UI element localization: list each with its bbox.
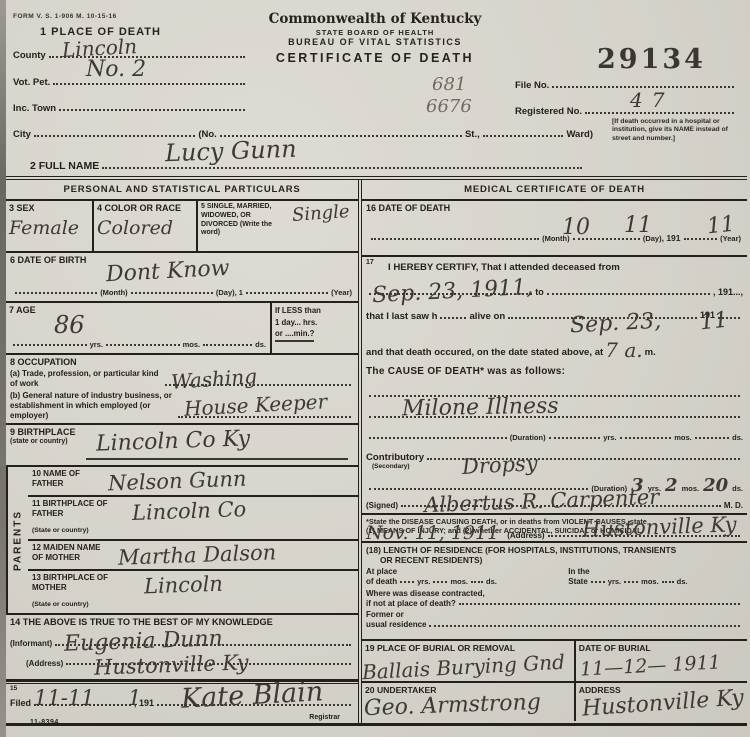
- date-of-birth-row: 6 DATE OF BIRTH Dont Know (Month) (Day) …: [6, 253, 358, 303]
- sex-value-handwritten: Female: [9, 217, 89, 239]
- inc-town-line: Inc. Town: [13, 103, 248, 114]
- print-code: 11-8394: [30, 719, 59, 726]
- duration1-yrs: yrs.: [603, 433, 616, 442]
- voting-precinct-value-handwritten: No. 2: [86, 57, 146, 82]
- pencil-number-2: 6676: [426, 96, 472, 117]
- inc-town-label: Inc. Town: [13, 103, 56, 114]
- medical-column-heading: MEDICAL CERTIFICATE OF DEATH: [362, 180, 747, 201]
- burial-date-cell: DATE OF BURIAL 11—12— 1911: [574, 641, 747, 681]
- certify-to-year: , 191...,: [713, 287, 743, 298]
- contributory-label: Contributory: [366, 452, 424, 463]
- mother-maiden-handwritten: Martha Dalson: [118, 540, 277, 570]
- age-yrs-label: yrs.: [90, 340, 103, 349]
- state-ds: ds.: [677, 577, 688, 586]
- father-birthplace-handwritten: Lincoln Co: [132, 497, 247, 525]
- marital-cell: 5 SINGLE, MARRIED, WIDOWED, OR DIVORCED …: [196, 201, 358, 251]
- registered-no-label: Registered No.: [515, 106, 582, 117]
- dod-month-handwritten: 10: [562, 215, 590, 240]
- duration1-mos: mos.: [674, 433, 692, 442]
- certify-from-handwritten: Sep. 23, 1911,: [371, 275, 533, 308]
- certify-last-seen-line: that I last saw h alive on 191: [366, 310, 743, 321]
- hospital-note: [If death occurred in a hospital or inst…: [612, 118, 744, 143]
- race-cell: 4 COLOR OR RACE Colored: [92, 201, 196, 251]
- date-of-death-row: 16 DATE OF DEATH (Month) (Day) , 191 (Ye…: [362, 201, 747, 257]
- signed-label: (Signed): [366, 501, 398, 511]
- filed-number: 15: [10, 685, 17, 692]
- less-than-one-day-cell: If LESS than 1 day... hrs. or ....min.?: [270, 303, 358, 353]
- sex-race-marital-row: 3 SEX Female 4 COLOR OR RACE Colored 5 S…: [6, 201, 358, 253]
- informant-header: 14 THE ABOVE IS TRUE TO THE BEST OF MY K…: [10, 617, 354, 627]
- bureau-title: BUREAU OF VITAL STATISTICS: [255, 37, 495, 48]
- age-cell: 7 AGE 86 yrs. mos. ds.: [6, 303, 270, 353]
- certify-to-label: to: [535, 287, 544, 298]
- certify-line1: I HEREBY CERTIFY, That I attended deceas…: [388, 262, 743, 273]
- commonwealth-title: Commonwealth of Kentucky: [255, 11, 495, 28]
- filed-row: 15 Filed , 191 11-11 1 Kate Blain Regist…: [6, 681, 358, 723]
- filed-label: Filed: [10, 698, 31, 709]
- death-time-suffix: m.: [645, 347, 656, 358]
- father-name-label: 10 NAME OF FATHER: [32, 469, 94, 489]
- contributory-handwritten: Dropsy: [461, 451, 538, 479]
- residence-title-2: OR RECENT RESIDENTS): [380, 555, 743, 565]
- mother-birthplace-label: 13 BIRTHPLACE OF MOTHER: [32, 573, 124, 593]
- father-birthplace-row: 11 BIRTHPLACE OF FATHER (State or countr…: [28, 497, 358, 541]
- duration-label-1: (Duration): [510, 433, 546, 442]
- cause-of-death-handwritten: Milone Illness: [402, 394, 559, 422]
- less-line-1: If LESS than: [275, 305, 355, 317]
- death-certificate-scan: FORM V. S. 1-906 M. 10-15-16 1 PLACE OF …: [0, 0, 750, 737]
- birthplace-handwritten: Lincoln Co Ky: [96, 426, 251, 456]
- occupation-row: 8 OCCUPATION (a) Trade, profession, or p…: [6, 355, 358, 425]
- state-header: Commonwealth of Kentucky STATE BOARD OF …: [255, 11, 495, 66]
- cause-of-death-label: The CAUSE OF DEATH* was as follows:: [366, 366, 743, 377]
- undertaker-cell: 20 UNDERTAKER Geo. Armstrong: [362, 683, 574, 721]
- residence-row: (18) LENGTH OF RESIDENCE (FOR HOSPITALS,…: [362, 543, 747, 641]
- mother-maiden-row: 12 MAIDEN NAME OF MOTHER Martha Dalson: [28, 541, 358, 571]
- age-mos-label: mos.: [183, 340, 201, 349]
- parents-block: PARENTS 10 NAME OF FATHER Nelson Gunn 11…: [6, 467, 358, 615]
- board-title: STATE BOARD OF HEALTH: [255, 28, 495, 37]
- at-place-ds: ds.: [486, 577, 497, 586]
- filed-date-handwritten: 11-11: [34, 686, 95, 710]
- mother-birthplace-row: 13 BIRTHPLACE OF MOTHER (State or countr…: [28, 571, 358, 613]
- occupation-label: 8 OCCUPATION: [10, 357, 354, 368]
- full-name-line: 2 FULL NAME: [30, 160, 585, 172]
- former-label-1: Former or: [366, 610, 743, 620]
- last-seen-year-handwritten: 11: [699, 308, 729, 336]
- last-seen-handwritten: Sep. 23,: [569, 309, 661, 339]
- burial-date-handwritten: 11—12— 1911: [579, 651, 721, 680]
- certificate-title: CERTIFICATE OF DEATH: [255, 51, 495, 67]
- duration2-days-handwritten: 20: [703, 475, 728, 496]
- undertaker-row: 20 UNDERTAKER Geo. Armstrong ADDRESS Hus…: [362, 683, 747, 721]
- age-row: 7 AGE 86 yrs. mos. ds. If LESS than 1 da…: [6, 303, 358, 355]
- state-mos: mos.: [641, 577, 659, 586]
- burial-place-cell: 19 PLACE OF BURIAL OR REMOVAL Ballais Bu…: [362, 641, 574, 681]
- contracted-label-2: if not at place of death?: [366, 599, 456, 609]
- age-value-handwritten: 86: [54, 311, 85, 339]
- md-label: M. D.: [724, 501, 743, 511]
- residence-duration-grid: At place of death yrs. mos. ds. In the S…: [366, 567, 743, 586]
- less-line-3: or ....min.?: [275, 328, 314, 342]
- certify-line2b: alive on: [469, 311, 505, 322]
- voting-precinct-label: Vot. Pet.: [13, 77, 50, 88]
- contributory-line: Contributory: [366, 452, 743, 463]
- duration-line-1: (Duration) yrs. mos. ds.: [366, 433, 743, 442]
- form-body: PERSONAL AND STATISTICAL PARTICULARS 3 S…: [6, 176, 747, 726]
- father-birthplace-sublabel: (State or country): [32, 527, 89, 534]
- personal-column-heading: PERSONAL AND STATISTICAL PARTICULARS: [6, 180, 358, 201]
- dob-year-label: (Year): [331, 288, 352, 297]
- father-birthplace-label: 11 BIRTHPLACE OF FATHER: [32, 499, 124, 519]
- burial-row: 19 PLACE OF BURIAL OR REMOVAL Ballais Bu…: [362, 641, 747, 683]
- at-place-mos: mos.: [450, 577, 468, 586]
- top-section: FORM V. S. 1-906 M. 10-15-16 1 PLACE OF …: [0, 0, 750, 176]
- informant-address-handwritten: Hustonville Ky: [94, 650, 249, 679]
- city-ward-label: Ward): [566, 129, 593, 140]
- dob-month-label: (Month): [100, 288, 127, 297]
- file-no-line: File No.: [515, 80, 737, 91]
- mother-birthplace-sublabel: (State or country): [32, 601, 89, 608]
- race-value-handwritten: Colored: [97, 217, 193, 239]
- death-time-handwritten: 7 a.: [605, 338, 642, 362]
- mother-maiden-label: 12 MAIDEN NAME OF MOTHER: [32, 543, 112, 563]
- at-place-yrs: yrs.: [417, 577, 430, 586]
- dob-day-label: (Day): [216, 288, 235, 297]
- county-label: County: [13, 50, 46, 61]
- age-ds-label: ds.: [255, 340, 266, 349]
- sign-date-handwritten: Nov. 11, 1911: [366, 522, 499, 544]
- registered-no-line: Registered No.: [515, 106, 737, 117]
- certification-block: 17 I HEREBY CERTIFY, That I attended dec…: [362, 257, 747, 515]
- city-st-label: St.,: [465, 129, 480, 140]
- undertaker-handwritten: Geo. Armstrong: [364, 690, 542, 721]
- less-line-2: 1 day... hrs.: [275, 317, 355, 329]
- at-place-label-1: At place: [366, 567, 558, 577]
- father-name-handwritten: Nelson Gunn: [108, 467, 247, 496]
- age-label: 7 AGE: [9, 305, 267, 316]
- death-time-line: and that death occured, on the date stat…: [366, 334, 743, 358]
- former-label-2: usual residence: [366, 620, 426, 630]
- full-name-label: 2 FULL NAME: [30, 160, 99, 172]
- race-label: 4 COLOR OR RACE: [97, 203, 193, 214]
- dod-year-prefix: , 191: [662, 233, 681, 243]
- occupation-a-label: (a) Trade, profession, or particular kin…: [10, 369, 162, 389]
- city-label: City: [13, 129, 31, 140]
- dod-year-handwritten: 11: [706, 212, 736, 240]
- undertaker-address-cell: ADDRESS Hustonville Ky: [574, 683, 747, 721]
- birthplace-rule: [86, 458, 348, 460]
- duration2-ds-label: ds.: [732, 484, 743, 493]
- dob-sublabels: (Month) (Day) , 1 (Year): [12, 288, 352, 297]
- certify-line3: and that death occured, on the date stat…: [366, 347, 603, 358]
- informant-label: (Informant): [10, 639, 52, 649]
- date-of-death-label: 16 DATE OF DEATH: [366, 203, 743, 214]
- certify-number: 17: [366, 259, 374, 266]
- pencil-number-1: 681: [432, 74, 466, 95]
- dod-line: (Month) (Day) , 191 (Year): [368, 233, 741, 243]
- file-no-label: File No.: [515, 80, 549, 91]
- duration2-mos-label: mos.: [682, 484, 700, 493]
- registrar-label: Registrar: [309, 714, 340, 721]
- at-place-label-2: of death: [366, 577, 397, 587]
- birthplace-row: 9 BIRTHPLACE (state or country) Lincoln …: [6, 425, 358, 467]
- informant-row: 14 THE ABOVE IS TRUE TO THE BEST OF MY K…: [6, 615, 358, 681]
- occupation-b-label: (b) General nature of industry business,…: [10, 391, 175, 421]
- registered-no-handwritten: 47: [630, 88, 673, 112]
- form-number: FORM V. S. 1-906 M. 10-15-16: [13, 13, 117, 20]
- full-name-handwritten: Lucy Gunn: [165, 135, 297, 168]
- dob-one: , 1: [235, 288, 243, 297]
- date-of-birth-handwritten: Dont Know: [105, 256, 230, 287]
- in-the-label-1: In the: [568, 567, 743, 577]
- father-name-row: 10 NAME OF FATHER Nelson Gunn: [28, 467, 358, 497]
- age-units-line: yrs. mos. ds.: [10, 340, 266, 349]
- certify-line2a: that I last saw h: [366, 311, 437, 322]
- personal-column: PERSONAL AND STATISTICAL PARTICULARS 3 S…: [6, 180, 362, 723]
- in-the-label-2: State: [568, 577, 588, 587]
- sex-label: 3 SEX: [9, 203, 89, 214]
- marital-label: 5 SINGLE, MARRIED, WIDOWED, OR DIVORCED …: [201, 203, 279, 238]
- duration2-months-handwritten: 2: [665, 475, 678, 496]
- informant-address-label: (Address): [26, 659, 63, 669]
- contracted-label-1: Where was disease contracted,: [366, 589, 743, 599]
- sex-cell: 3 SEX Female: [6, 201, 92, 251]
- residence-title: (18) LENGTH OF RESIDENCE (FOR HOSPITALS,…: [366, 545, 743, 555]
- filed-year-handwritten: 1: [128, 686, 141, 710]
- mother-birthplace-handwritten: Lincoln: [144, 572, 224, 599]
- duration1-ds: ds.: [732, 433, 743, 442]
- city-line: City (No. St., Ward): [13, 129, 593, 140]
- parents-side-label: PARENTS: [6, 467, 28, 613]
- burial-place-handwritten: Ballais Burying Gnd: [362, 650, 566, 685]
- state-yrs: yrs.: [608, 577, 621, 586]
- marital-value-handwritten: Single: [292, 201, 351, 226]
- dod-day-handwritten: 11: [624, 213, 652, 238]
- certificate-number-stamp: 29134: [597, 44, 706, 75]
- occupation-a-handwritten: Washing: [170, 364, 257, 394]
- medical-column: MEDICAL CERTIFICATE OF DEATH 16 DATE OF …: [362, 180, 747, 723]
- secondary-label: (Secondary): [372, 463, 743, 470]
